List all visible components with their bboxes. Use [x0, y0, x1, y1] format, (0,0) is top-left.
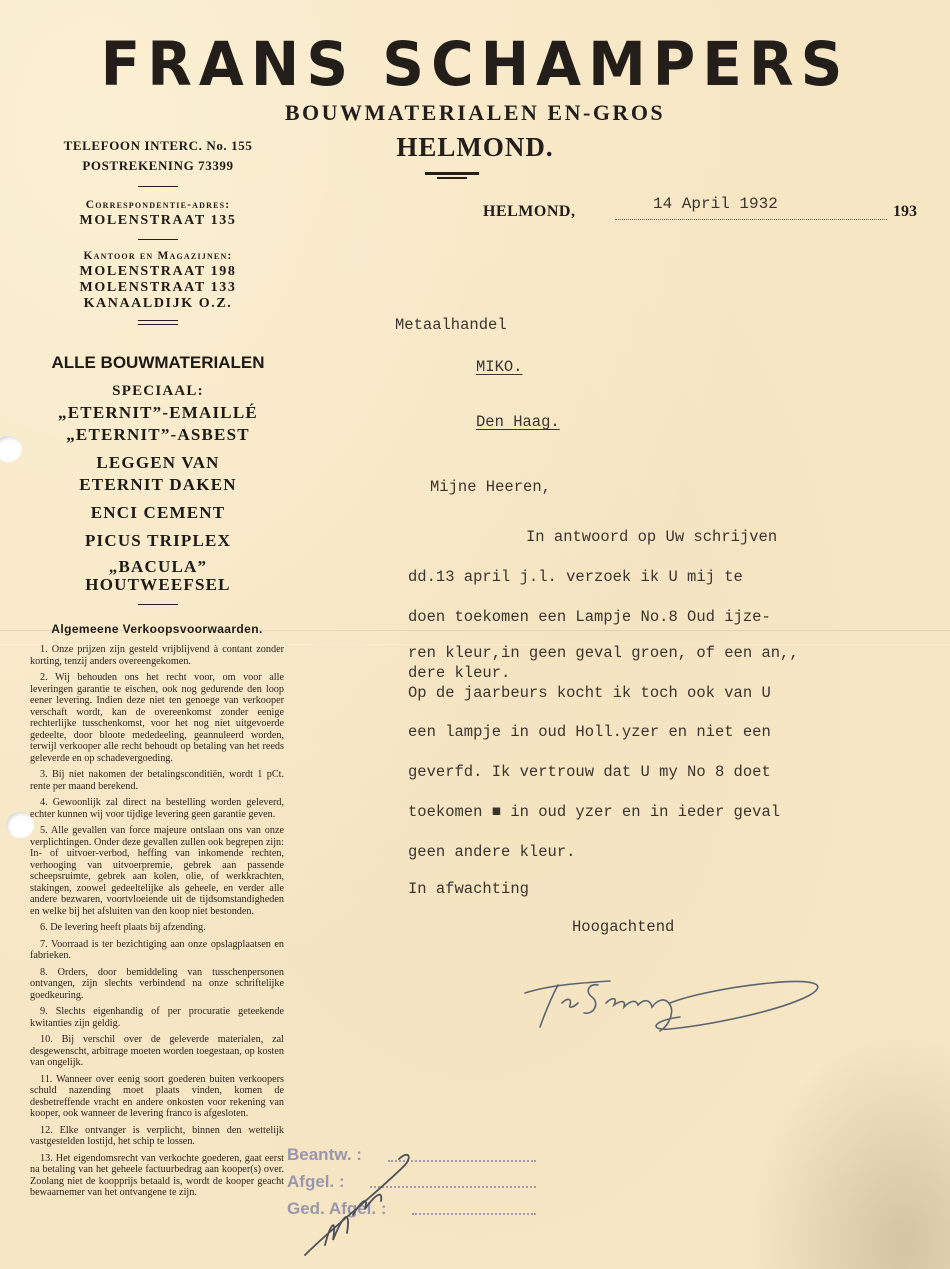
- date-dotted-line: [615, 219, 887, 220]
- specialty-item: LEGGEN VAN: [20, 452, 296, 474]
- contact-block: TELEFOON INTERC. No. 155 POSTREKENING 73…: [20, 136, 296, 333]
- postrekening: POSTREKENING 73399: [20, 156, 296, 176]
- condition-item: 9. Slechts eigenhandig of per procuratie…: [30, 1006, 284, 1029]
- specialty-item: HOUTWEEFSEL: [20, 576, 296, 594]
- condition-item: 1. Onze prijzen zijn gesteld vrijblijven…: [30, 644, 284, 667]
- salutation: Mijne Heeren,: [430, 478, 551, 496]
- body-line: dere kleur.: [408, 664, 510, 682]
- closing: Hoogachtend: [572, 918, 674, 936]
- divider: [138, 604, 178, 605]
- specialty-item: „ETERNIT”-ASBEST: [20, 424, 296, 446]
- body-line: doen toekomen een Lampje No.8 Oud ijze-: [408, 608, 771, 626]
- specialty-item: „BACULA”: [20, 558, 296, 576]
- conditions-block: Algemeene Verkoopsvoorwaarden. 1. Onze p…: [30, 622, 284, 1204]
- recipient-city: Den Haag.: [476, 413, 560, 431]
- condition-item: 6. De levering heeft plaats bij afzendin…: [30, 922, 284, 934]
- company-name: FRANS SCHAMPERS: [0, 33, 950, 96]
- header-rule: [425, 172, 479, 175]
- condition-item: 10. Bij verschil over de geleverde mater…: [30, 1034, 284, 1069]
- condition-item: 3. Bij niet nakomen der betalingsconditi…: [30, 769, 284, 792]
- divider: [138, 239, 178, 240]
- office-address: MOLENSTRAAT 198: [20, 264, 296, 280]
- condition-item: 12. Elke ontvanger is verplicht, binnen …: [30, 1125, 284, 1148]
- condition-item: 11. Wanneer over eenig soort goederen bu…: [30, 1074, 284, 1120]
- special-label: SPECIAAL:: [20, 380, 296, 402]
- specialty-item: ETERNIT DAKEN: [20, 474, 296, 496]
- company-subtitle: BOUWMATERIALEN EN-GROS: [0, 100, 950, 126]
- initials-scribble-icon: [295, 1145, 425, 1260]
- divider: [138, 186, 178, 187]
- signature-icon: [510, 955, 840, 1040]
- double-divider: [138, 320, 178, 325]
- header-rule-short: [437, 177, 467, 179]
- office-address: KANAALDIJK O.Z.: [20, 296, 296, 312]
- body-line: geen andere kleur.: [408, 843, 575, 861]
- specialties-heading: ALLE BOUWMATERIALEN: [20, 352, 296, 374]
- condition-item: 2. Wij behouden ons het recht voor, om v…: [30, 672, 284, 764]
- body-line: ren kleur,in geen geval groen, of een an…: [408, 644, 799, 662]
- recipient-line: Metaalhandel: [395, 316, 507, 334]
- office-label: Kantoor en Magazijnen:: [20, 248, 296, 264]
- specialty-item: PICUS TRIPLEX: [20, 530, 296, 552]
- condition-item: 4. Gewoonlijk zal direct na bestelling w…: [30, 797, 284, 820]
- correspondence-label: Correspondentie-adres:: [20, 197, 296, 213]
- body-line: een lampje in oud Holl.yzer en niet een: [408, 723, 771, 741]
- specialties-block: ALLE BOUWMATERIALEN SPECIAAL: „ETERNIT”-…: [20, 352, 296, 613]
- body-line: In afwachting: [408, 880, 529, 898]
- printed-year: 193: [893, 203, 917, 221]
- condition-item: 7. Voorraad is ter bezichtiging aan onze…: [30, 939, 284, 962]
- body-line: Op de jaarbeurs kocht ik toch ook van U: [408, 684, 771, 702]
- date-line: HELMOND, 14 April 1932 193: [483, 195, 923, 225]
- date-place: HELMOND,: [483, 203, 575, 221]
- specialty-item: ENCI CEMENT: [20, 502, 296, 524]
- punch-hole-top: [0, 436, 22, 462]
- office-address: MOLENSTRAAT 133: [20, 280, 296, 296]
- body-line: In antwoord op Uw schrijven: [526, 528, 777, 546]
- telephone: TELEFOON INTERC. No. 155: [20, 136, 296, 156]
- condition-item: 5. Alle gevallen van force majeure ontsl…: [30, 825, 284, 917]
- correspondence-address: MOLENSTRAAT 135: [20, 213, 296, 229]
- condition-item: 13. Het eigendomsrecht van verkochte goe…: [30, 1153, 284, 1199]
- recipient-name: MIKO.: [476, 358, 523, 376]
- stamp-dotted-line: [412, 1213, 536, 1215]
- body-line: geverfd. Ik vertrouw dat U my No 8 doet: [408, 763, 771, 781]
- specialty-item: „ETERNIT”-EMAILLÉ: [20, 402, 296, 424]
- typed-date: 14 April 1932: [653, 195, 778, 213]
- body-line: dd.13 april j.l. verzoek ik U mij te: [408, 568, 743, 586]
- conditions-title: Algemeene Verkoopsvoorwaarden.: [30, 622, 284, 636]
- body-line: toekomen ■ in oud yzer en in ieder geval: [408, 803, 780, 821]
- condition-item: 8. Orders, door bemiddeling van tusschen…: [30, 967, 284, 1002]
